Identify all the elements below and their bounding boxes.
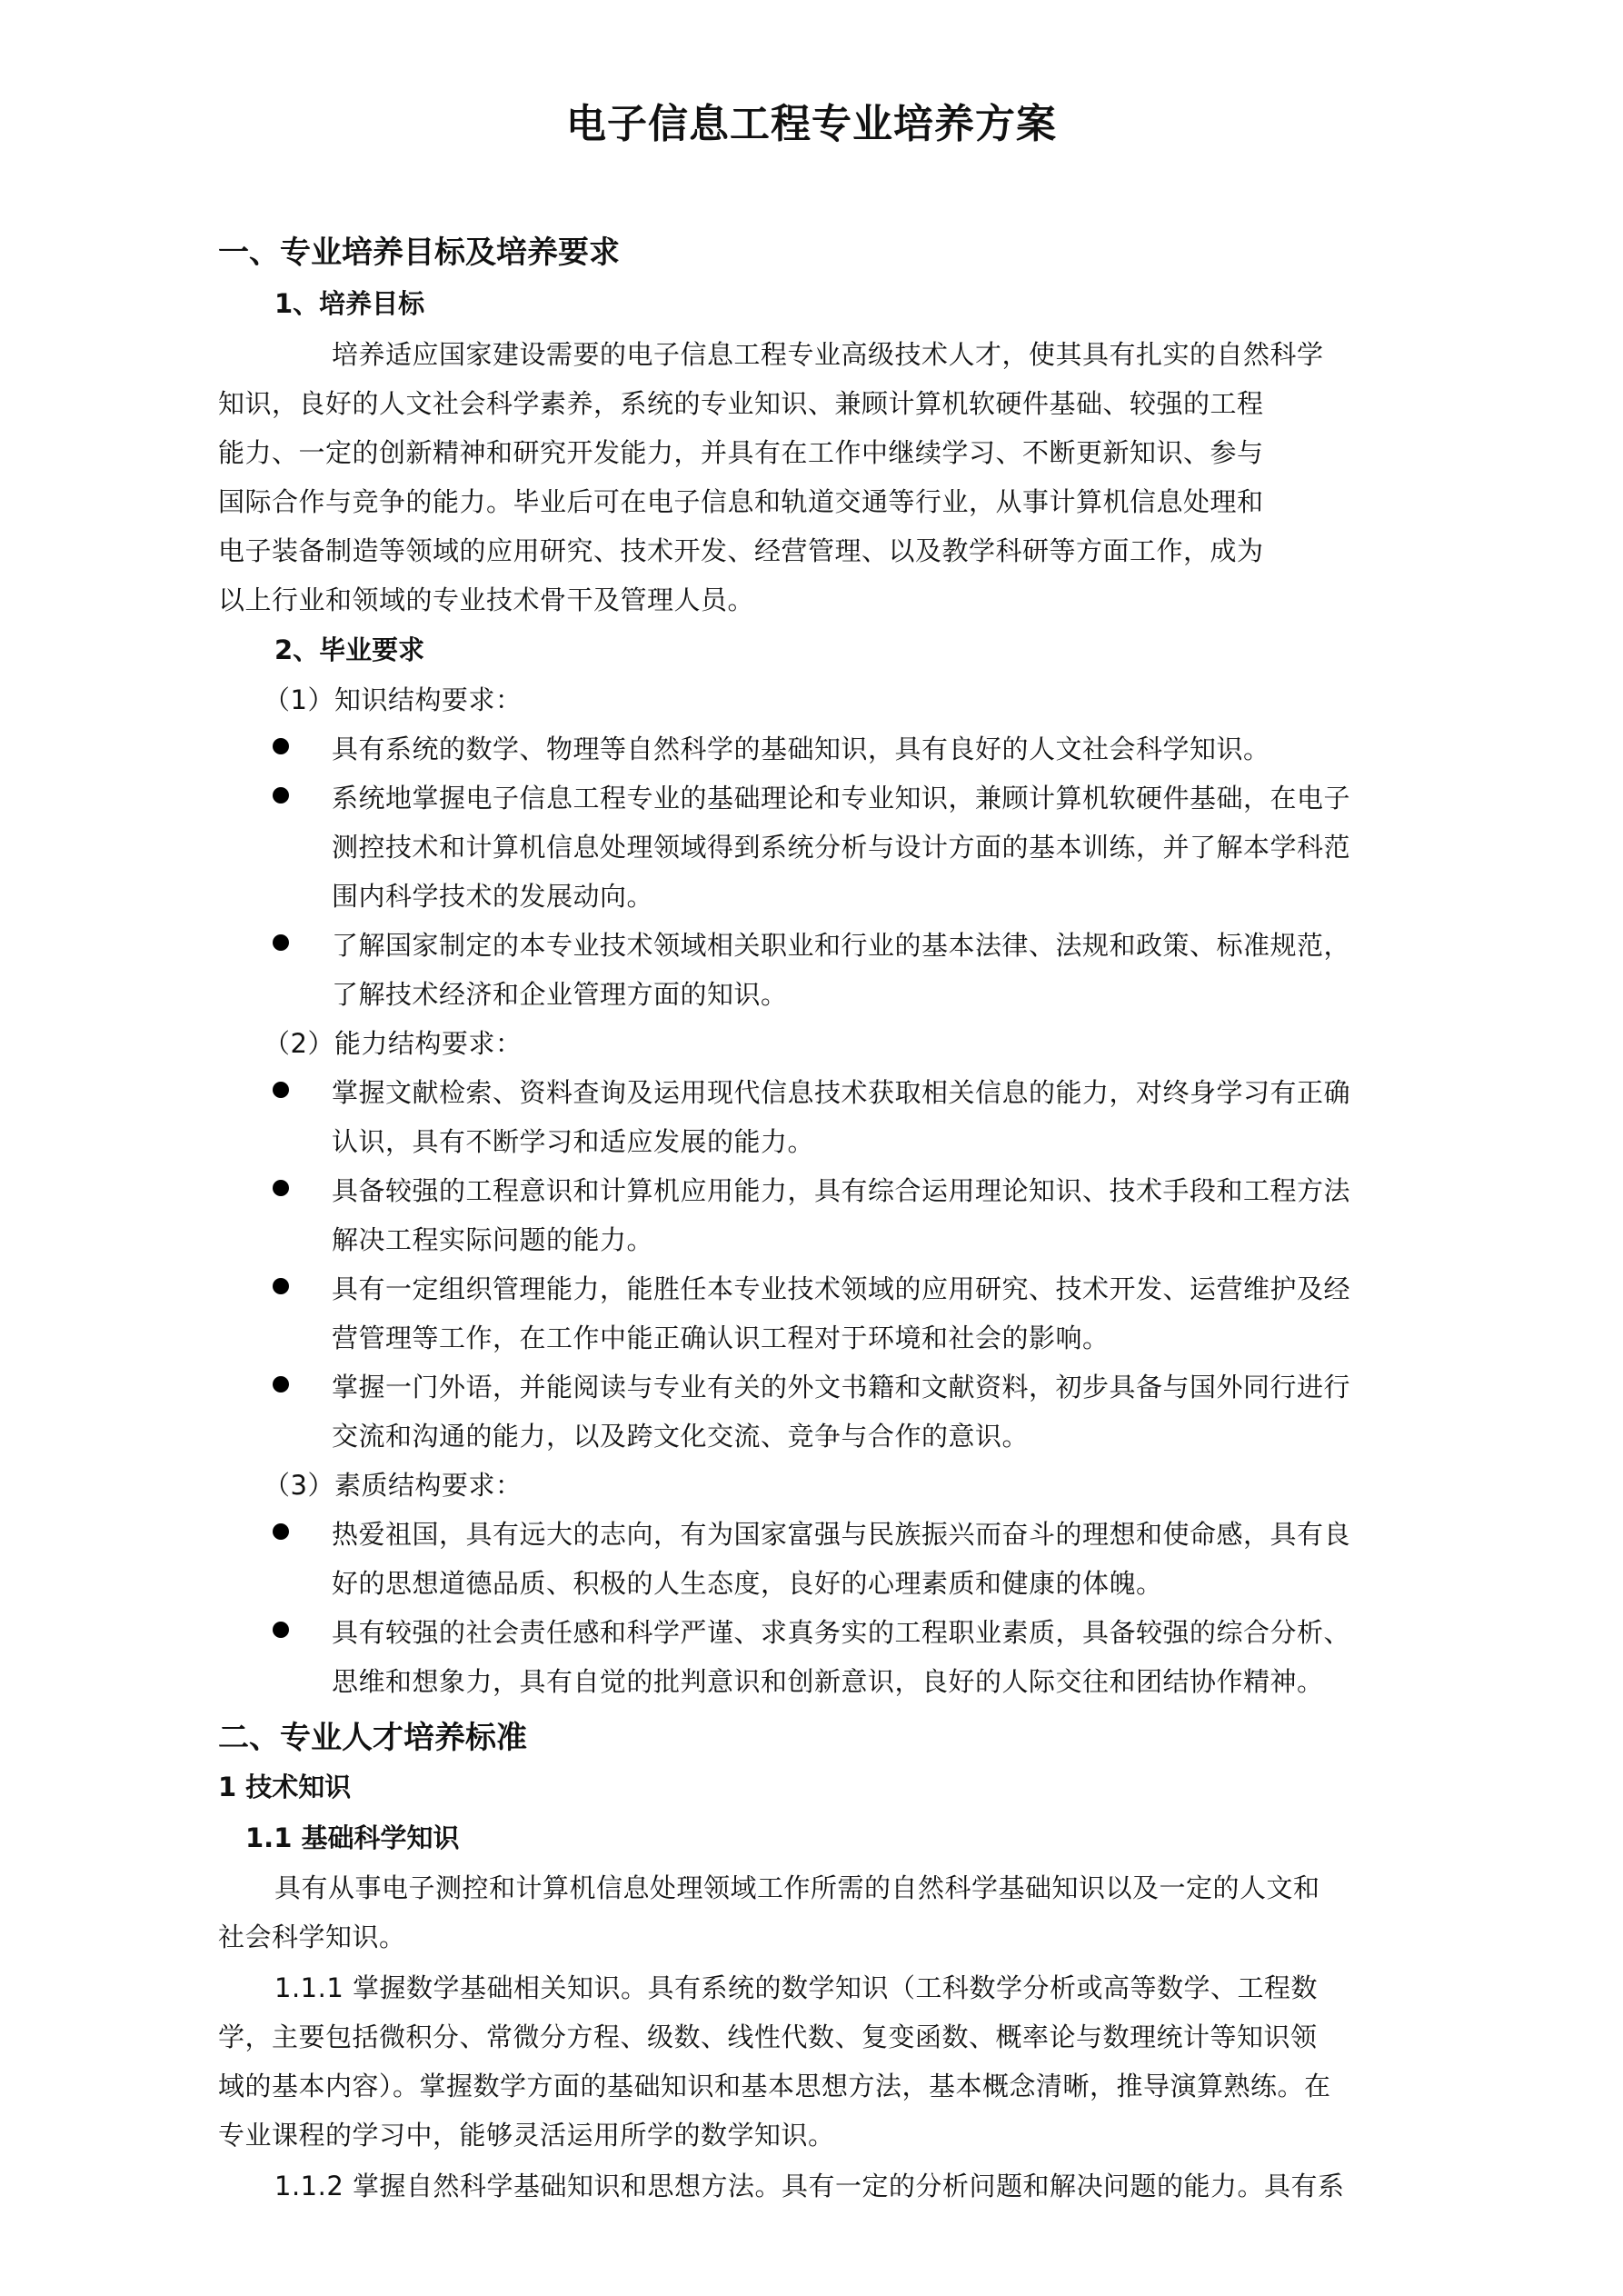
requirement-heading-quality: （3）素质结构要求： xyxy=(264,1465,522,1502)
list-item: 热爱祖国，具有远大的志向，有为国家富强与民族振兴而奋斗的理想和使命感，具有良 xyxy=(332,1514,1350,1552)
list-item-continued: 思维和想象力，具有自觉的批判意识和创新意识，良好的人际交往和团结协作精神。 xyxy=(332,1662,1324,1699)
subsection-heading-graduation-requirements: 2、毕业要求 xyxy=(274,630,424,667)
subsection-heading-technical-knowledge: 1 技术知识 xyxy=(218,1767,351,1804)
bullet-icon xyxy=(273,1082,289,1098)
requirement-heading-ability: （2）能力结构要求： xyxy=(264,1023,522,1061)
paragraph-line: 1.1.1 掌握数学基础相关知识。具有系统的数学知识（工科数学分析或高等数学、工… xyxy=(274,1968,1318,2005)
paragraph-line: 以上行业和领域的专业技术骨干及管理人员。 xyxy=(218,580,754,617)
list-item-continued: 了解技术经济和企业管理方面的知识。 xyxy=(332,974,788,1012)
bullet-icon xyxy=(273,1622,289,1638)
list-item: 掌握一门外语，并能阅读与专业有关的外文书籍和文献资料，初步具备与国外同行进行 xyxy=(332,1367,1350,1404)
list-item: 了解国家制定的本专业技术领域相关职业和行业的基本法律、法规和政策、标准规范， xyxy=(332,925,1350,963)
bullet-icon xyxy=(273,738,289,754)
bullet-icon xyxy=(273,1523,289,1540)
paragraph-line: 电子装备制造等领域的应用研究、技术开发、经营管理、以及教学科研等方面工作，成为 xyxy=(218,531,1264,568)
paragraph-line: 知识，良好的人文社会科学素养，系统的专业知识、兼顾计算机软硬件基础、较强的工程 xyxy=(218,384,1264,421)
paragraph-line: 1.1.2 掌握自然科学基础知识和思想方法。具有一定的分析问题和解决问题的能力。… xyxy=(274,2166,1345,2203)
list-item-continued: 测控技术和计算机信息处理领域得到系统分析与设计方面的基本训练，并了解本学科范 xyxy=(332,827,1350,864)
list-item-continued: 好的思想道德品质、积极的人生态度，良好的心理素质和健康的体魄。 xyxy=(332,1563,1163,1601)
list-item-continued: 营管理等工作，在工作中能正确认识工程对于环境和社会的影响。 xyxy=(332,1318,1110,1355)
list-item: 具有系统的数学、物理等自然科学的基础知识，具有良好的人文社会科学知识。 xyxy=(332,729,1270,766)
list-item: 系统地掌握电子信息工程专业的基础理论和专业知识，兼顾计算机软硬件基础，在电子 xyxy=(332,778,1350,815)
bullet-icon xyxy=(273,787,289,804)
bullet-icon xyxy=(273,1376,289,1393)
list-item: 具有较强的社会责任感和科学严谨、求真务实的工程职业素质，具备较强的综合分析、 xyxy=(332,1612,1350,1650)
bullet-icon xyxy=(273,1180,289,1196)
requirement-heading-knowledge: （1）知识结构要求： xyxy=(264,680,522,717)
subsection-heading-basic-science: 1.1 基础科学知识 xyxy=(245,1818,459,1855)
bullet-icon xyxy=(273,1278,289,1294)
list-item-continued: 认识，具有不断学习和适应发展的能力。 xyxy=(332,1122,814,1159)
subsection-heading-training-goals: 1、培养目标 xyxy=(274,284,424,321)
section-heading-2: 二、专业人才培养标准 xyxy=(218,1712,527,1757)
list-item-continued: 解决工程实际问题的能力。 xyxy=(332,1220,653,1257)
list-item-continued: 围内科学技术的发展动向。 xyxy=(332,876,653,913)
paragraph-line: 能力、一定的创新精神和研究开发能力，并具有在工作中继续学习、不断更新知识、参与 xyxy=(218,433,1264,470)
section-heading-1: 一、专业培养目标及培养要求 xyxy=(218,227,620,272)
paragraph-line: 社会科学知识。 xyxy=(218,1917,406,1954)
document-page: 电子信息工程专业培养方案 一、专业培养目标及培养要求 1、培养目标 培养适应国家… xyxy=(0,0,1623,2296)
list-item: 掌握文献检索、资料查询及运用现代信息技术获取相关信息的能力，对终身学习有正确 xyxy=(332,1073,1350,1110)
paragraph-line: 域的基本内容）。掌握数学方面的基础知识和基本思想方法，基本概念清晰，推导演算熟练… xyxy=(218,2066,1331,2103)
list-item: 具备较强的工程意识和计算机应用能力，具有综合运用理论知识、技术手段和工程方法 xyxy=(332,1171,1350,1208)
document-title: 电子信息工程专业培养方案 xyxy=(0,91,1623,149)
paragraph-line: 国际合作与竞争的能力。毕业后可在电子信息和轨道交通等行业，从事计算机信息处理和 xyxy=(218,482,1264,519)
bullet-icon xyxy=(273,934,289,951)
paragraph-line: 专业课程的学习中，能够灵活运用所学的数学知识。 xyxy=(218,2115,835,2152)
paragraph-line: 培养适应国家建设需要的电子信息工程专业高级技术人才，使其具有扎实的自然科学 xyxy=(332,334,1324,372)
list-item-continued: 交流和沟通的能力，以及跨文化交流、竞争与合作的意识。 xyxy=(332,1416,1029,1453)
list-item: 具有一定组织管理能力，能胜任本专业技术领域的应用研究、技术开发、运营维护及经 xyxy=(332,1269,1350,1306)
paragraph-line: 学，主要包括微积分、常微分方程、级数、线性代数、复变函数、概率论与数理统计等知识… xyxy=(218,2017,1318,2054)
paragraph-line: 具有从事电子测控和计算机信息处理领域工作所需的自然科学基础知识以及一定的人文和 xyxy=(274,1868,1320,1905)
